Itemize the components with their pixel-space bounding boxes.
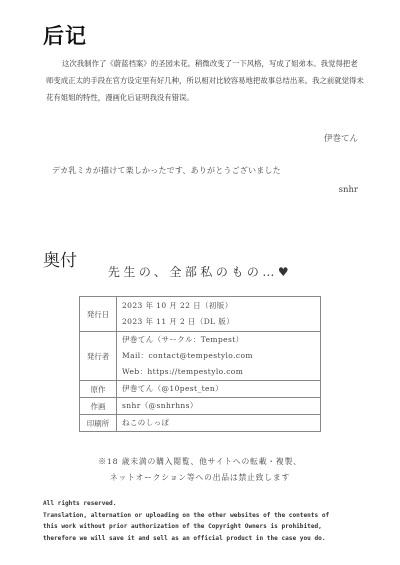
- rights-statement: All rights reserved. Translation, altern…: [43, 498, 383, 544]
- book-title: 先生の、全部私のもの…♥: [0, 263, 400, 280]
- artist-signature: snhr: [339, 185, 358, 195]
- publisher-web: Web：https://tempestylo.com: [122, 364, 315, 380]
- afterword-heading: 后记: [43, 20, 87, 50]
- row-value: 伊巻てん（サークル：Tempest） Mail：contact@tempesty…: [117, 332, 321, 381]
- artist-thanks: デカ乳ミカが描けて楽しかったです、ありがとうございました: [52, 165, 281, 176]
- colophon-table: 発行日 2023 年 10 月 22 日（初版） 2023 年 11 月 2 日…: [79, 296, 321, 432]
- table-row: 作画 snhr（@snhrhns）: [80, 398, 321, 415]
- publisher-mail: Mail：contact@tempestylo.com: [122, 348, 315, 364]
- notice-line: ネットオークション等への出品は禁止致します: [0, 470, 400, 486]
- publish-date-dl: 2023 年 11 月 2 日（DL 版）: [122, 314, 315, 330]
- table-row: 印刷所 ねこのしっぽ: [80, 415, 321, 432]
- row-value: 2023 年 10 月 22 日（初版） 2023 年 11 月 2 日（DL …: [117, 297, 321, 332]
- artist: snhr（@snhrhns）: [122, 398, 315, 414]
- printer: ねこのしっぽ: [122, 415, 315, 431]
- original-author: 伊巻てん（@10pest_ten）: [122, 381, 315, 397]
- table-row: 原作 伊巻てん（@10pest_ten）: [80, 381, 321, 398]
- rights-line: Translation, alternation or uploading on…: [43, 510, 383, 522]
- row-label: 原作: [80, 381, 117, 398]
- publisher-name: 伊巻てん（サークル：Tempest）: [122, 332, 315, 348]
- afterword-paragraph: 这次我制作了《蔚蓝档案》的圣园未花。稍微改变了一下风格，写成了姐弟本。我觉得把老…: [46, 55, 364, 106]
- row-label: 作画: [80, 398, 117, 415]
- row-value: 伊巻てん（@10pest_ten）: [117, 381, 321, 398]
- age-restriction-notice: ※18 歳未満の購入閲覧、他サイトへの転載・複製、 ネットオークション等への出品…: [0, 454, 400, 486]
- row-label: 印刷所: [80, 415, 117, 432]
- row-value: snhr（@snhrhns）: [117, 398, 321, 415]
- publish-date-first: 2023 年 10 月 22 日（初版）: [122, 298, 315, 314]
- table-row: 発行日 2023 年 10 月 22 日（初版） 2023 年 11 月 2 日…: [80, 297, 321, 332]
- rights-line: this work without prior authorization of…: [43, 521, 383, 533]
- rights-line: therefore we will save it and sell as an…: [43, 533, 383, 545]
- author-signature: 伊巻てん: [324, 132, 358, 144]
- notice-line: ※18 歳未満の購入閲覧、他サイトへの転載・複製、: [0, 454, 400, 470]
- row-label: 発行日: [80, 297, 117, 332]
- row-value: ねこのしっぽ: [117, 415, 321, 432]
- table-row: 発行者 伊巻てん（サークル：Tempest） Mail：contact@temp…: [80, 332, 321, 381]
- row-label: 発行者: [80, 332, 117, 381]
- rights-line: All rights reserved.: [43, 498, 383, 510]
